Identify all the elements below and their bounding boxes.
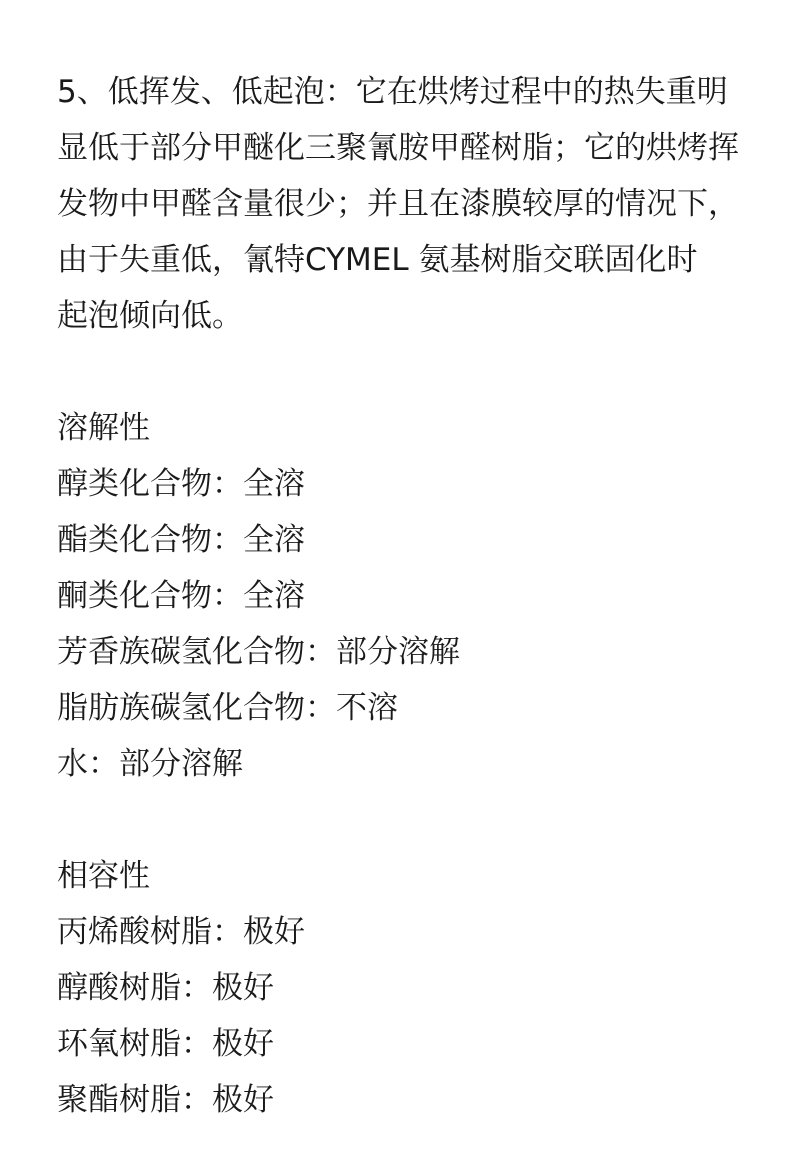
document-page: 5、低挥发、低起泡：它在烘烤过程中的热失重明 显低于部分甲醚化三聚氰胺甲醛树脂；…: [57, 64, 777, 1128]
intro-line: 由于失重低，氰特CYMEL 氨基树脂交联固化时: [57, 232, 777, 288]
spacer: [57, 792, 777, 848]
compatibility-section: 相容性 丙烯酸树脂：极好 醇酸树脂：极好 环氧树脂：极好 聚酯树脂：极好: [57, 848, 777, 1128]
compatibility-item: 聚酯树脂：极好: [57, 1072, 777, 1128]
solubility-item: 水：部分溶解: [57, 736, 777, 792]
compatibility-item: 醇酸树脂：极好: [57, 960, 777, 1016]
intro-line: 发物中甲醛含量很少；并且在漆膜较厚的情况下，: [57, 176, 777, 232]
compatibility-heading: 相容性: [57, 848, 777, 904]
solubility-item: 芳香族碳氢化合物：部分溶解: [57, 624, 777, 680]
solubility-section: 溶解性 醇类化合物：全溶 酯类化合物：全溶 酮类化合物：全溶 芳香族碳氢化合物：…: [57, 400, 777, 792]
intro-line: 起泡倾向低。: [57, 288, 777, 344]
solubility-item: 酮类化合物：全溶: [57, 568, 777, 624]
solubility-item: 酯类化合物：全溶: [57, 512, 777, 568]
intro-line: 5、低挥发、低起泡：它在烘烤过程中的热失重明: [57, 64, 777, 120]
compatibility-item: 环氧树脂：极好: [57, 1016, 777, 1072]
solubility-item: 醇类化合物：全溶: [57, 456, 777, 512]
solubility-item: 脂肪族碳氢化合物：不溶: [57, 680, 777, 736]
solubility-heading: 溶解性: [57, 400, 777, 456]
spacer: [57, 344, 777, 400]
intro-line: 显低于部分甲醚化三聚氰胺甲醛树脂；它的烘烤挥: [57, 120, 777, 176]
compatibility-item: 丙烯酸树脂：极好: [57, 904, 777, 960]
intro-paragraph: 5、低挥发、低起泡：它在烘烤过程中的热失重明 显低于部分甲醚化三聚氰胺甲醛树脂；…: [57, 64, 777, 344]
